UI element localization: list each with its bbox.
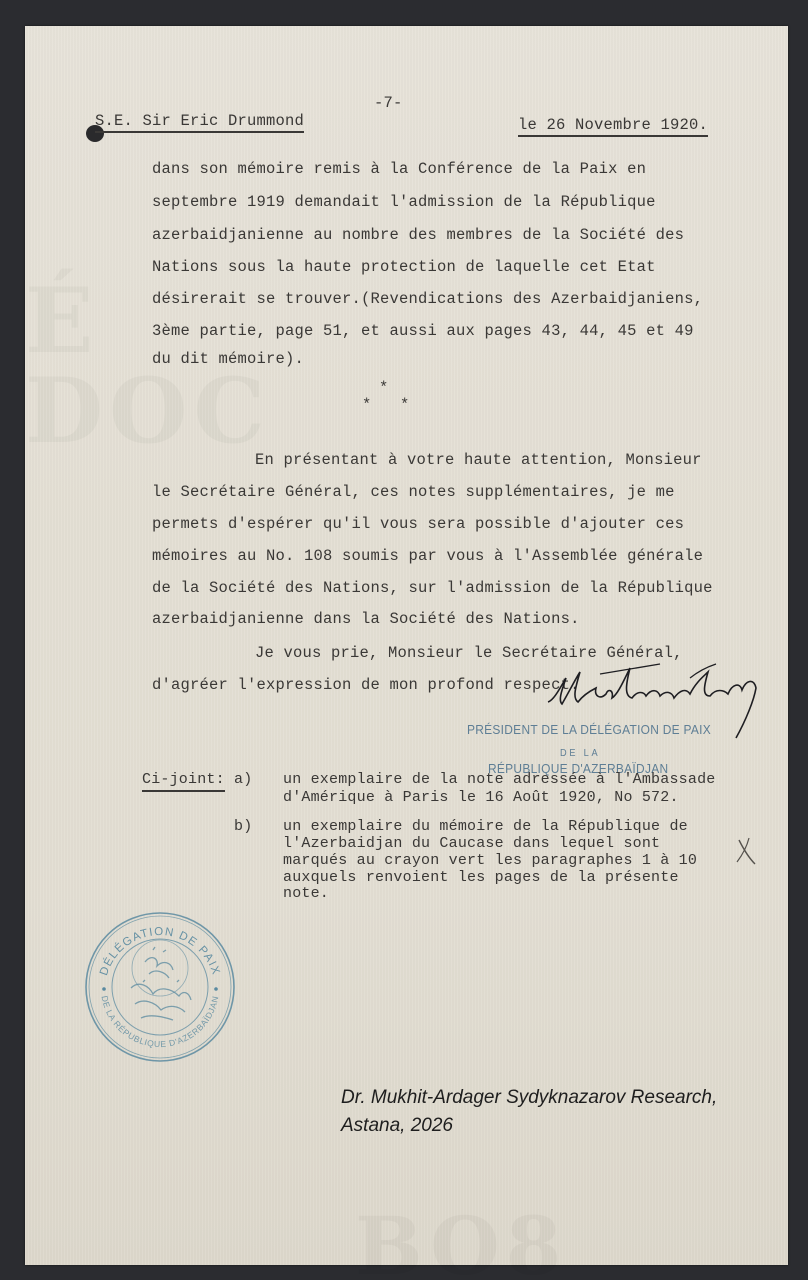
body-line: mémoires au No. 108 soumis par vous à l'… [152, 547, 703, 565]
enclosure-marker-a: a) [234, 772, 252, 789]
asterism-top: * [379, 379, 389, 397]
svg-text:DÉLÉGATION DE PAIX: DÉLÉGATION DE PAIX [98, 926, 222, 977]
letter-date: le 26 Novembre 1920. [518, 116, 708, 137]
closing-line: d'agréer l'expression de mon profond res… [152, 676, 580, 694]
body-line: du dit mémoire). [152, 350, 304, 368]
enclosure-b-line: l'Azerbaidjan du Caucase dans lequel son… [283, 836, 660, 853]
body-line: azerbaidjanienne dans la Société des Nat… [152, 610, 580, 628]
body-line: dans son mémoire remis à la Conférence d… [152, 160, 646, 178]
svg-text:DE LA RÉPUBLIQUE D'AZERBAÏDJAN: DE LA RÉPUBLIQUE D'AZERBAÏDJAN [100, 995, 221, 1049]
page-number: -7- [374, 94, 403, 112]
enclosure-b-line: auxquels renvoient les pages de la prése… [283, 870, 679, 887]
enclosure-b-line: marqués au crayon vert les paragraphes 1… [283, 853, 697, 870]
body-line: En présentant à votre haute attention, M… [255, 451, 702, 469]
credit-line-2: Astana, 2026 [341, 1115, 453, 1137]
enclosure-marker-b: b) [234, 819, 252, 836]
enclosure-b-line: note. [283, 886, 329, 903]
body-line: de la Société des Nations, sur l'admissi… [152, 579, 713, 597]
body-line: septembre 1919 demandait l'admission de … [152, 193, 656, 211]
credit-line-1: Dr. Mukhit-Ardager Sydyknazarov Research… [341, 1087, 717, 1109]
delegation-seal: DÉLÉGATION DE PAIX DE LA RÉPUBLIQUE D'AZ… [83, 910, 237, 1064]
body-line: désirerait se trouver.(Revendications de… [152, 290, 703, 308]
stamp-line-2: DE LA [560, 748, 600, 759]
pencil-x-mark [735, 836, 759, 866]
enclosure-b-line: un exemplaire du mémoire de la Républiqu… [283, 819, 688, 836]
watermark: BO8 [355, 1206, 567, 1280]
body-line: le Secrétaire Général, ces notes supplém… [152, 483, 675, 501]
body-line: permets d'espérer qu'il vous sera possib… [152, 515, 684, 533]
enclosure-label: Ci-joint: [142, 772, 225, 792]
body-line: azerbaidjanienne au nombre des membres d… [152, 226, 684, 244]
stamp-line-1: PRÉSIDENT DE LA DÉLÉGATION DE PAIX [467, 722, 711, 737]
asterism-bottom: * * [362, 396, 410, 414]
recipient: S.E. Sir Eric Drummond [95, 112, 304, 133]
body-line: Nations sous la haute protection de laqu… [152, 258, 656, 276]
enclosure-a-line: un exemplaire de la note adressée à l'Am… [283, 772, 715, 789]
body-line: 3ème partie, page 51, et aussi aux pages… [152, 322, 694, 340]
enclosure-a-line: d'Amérique à Paris le 16 Août 1920, No 5… [283, 790, 679, 807]
